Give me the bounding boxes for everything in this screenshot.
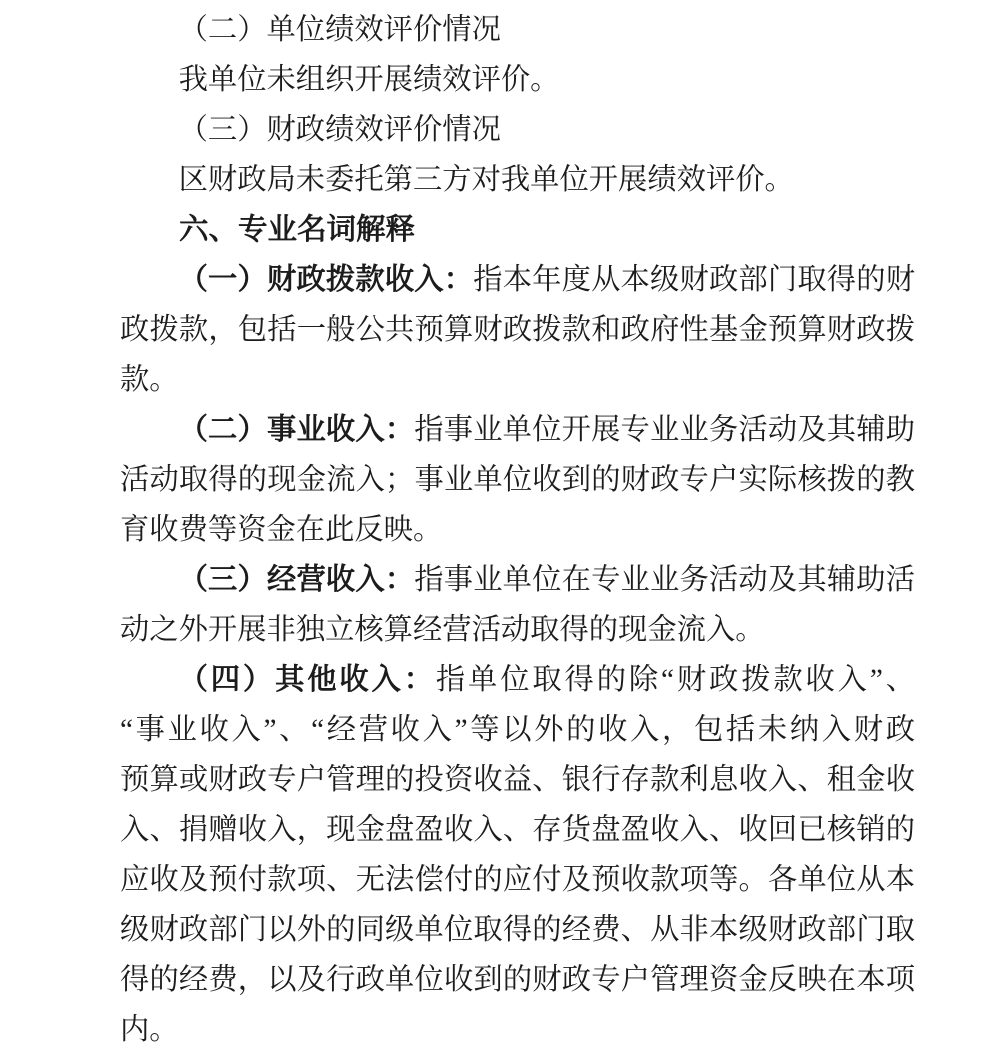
text-line: （三）财政绩效评价情况 (120, 105, 915, 155)
text-line: 级财政部门以外的同级单位取得的经费、从非本级财政部门取 (120, 905, 915, 955)
text-line: （二）事业收入：指事业单位开展专业业务活动及其辅助 (120, 405, 915, 455)
para-unit-no-eval: 我单位未组织开展绩效评价。 (120, 55, 915, 105)
section-title: 六、专业名词解释 (120, 205, 915, 255)
para-finance-no-eval: 区财政局未委托第三方对我单位开展绩效评价。 (120, 155, 915, 205)
text-line: （四）其他收入：指单位取得的除“财政拨款收入”、 (120, 655, 915, 705)
document-page: （二）单位绩效评价情况 我单位未组织开展绩效评价。 （三）财政绩效评价情况 区财… (0, 0, 1000, 1056)
text-line: （三）经营收入：指事业单位在专业业务活动及其辅助活 (120, 555, 915, 605)
text-line: 活动取得的现金流入；事业单位收到的财政专户实际核拨的教 (120, 455, 915, 505)
term-definition-text: 指单位取得的除“财政拨款收入”、 (436, 664, 915, 696)
subheading-unit-performance-eval: （二）单位绩效评价情况 (120, 5, 915, 55)
term-definition-text: 指本年度从本级财政部门取得的财 (473, 264, 915, 296)
text-line: 育收费等资金在此反映。 (120, 505, 915, 555)
text-line: 政拨款，包括一般公共预算财政拨款和政府性基金预算财政拨 (120, 305, 915, 355)
text-line: 预算或财政专户管理的投资收益、银行存款利息收入、租金收 (120, 755, 915, 805)
definition-operating-income: （三）经营收入：指事业单位在专业业务活动及其辅助活 动之外开展非独立核算经营活动… (120, 555, 915, 655)
text-line: 应收及预付款项、无法偿付的应付及预收款项等。各单位从本 (120, 855, 915, 905)
text-line: （二）单位绩效评价情况 (120, 5, 915, 55)
term-label: （一）财政拨款收入： (179, 264, 474, 296)
term-label: （三）经营收入： (179, 564, 415, 596)
text-line: 区财政局未委托第三方对我单位开展绩效评价。 (120, 155, 915, 205)
text-line: 内。 (120, 1005, 915, 1055)
term-definition-text: 指事业单位在专业业务活动及其辅助活 (414, 564, 915, 596)
text-line: 得的经费，以及行政单位收到的财政专户管理资金反映在本项 (120, 955, 915, 1005)
text-line: “事业收入”、“经营收入”等以外的收入，包括未纳入财政 (120, 705, 915, 755)
term-definition-text: 指事业单位开展专业业务活动及其辅助 (414, 414, 915, 446)
text-line: （一）财政拨款收入：指本年度从本级财政部门取得的财 (120, 255, 915, 305)
definition-institutional-income: （二）事业收入：指事业单位开展专业业务活动及其辅助 活动取得的现金流入；事业单位… (120, 405, 915, 555)
text-line: 款。 (120, 355, 915, 405)
subheading-finance-performance-eval: （三）财政绩效评价情况 (120, 105, 915, 155)
heading-terms-glossary: 六、专业名词解释 (120, 205, 915, 255)
term-label: （四）其他收入： (179, 664, 436, 696)
text-line: 入、捐赠收入，现金盘盈收入、存货盘盈收入、收回已核销的 (120, 805, 915, 855)
text-line: 我单位未组织开展绩效评价。 (120, 55, 915, 105)
definition-fiscal-appropriation-income: （一）财政拨款收入：指本年度从本级财政部门取得的财 政拨款，包括一般公共预算财政… (120, 255, 915, 405)
text-line: 动之外开展非独立核算经营活动取得的现金流入。 (120, 605, 915, 655)
definition-other-income: （四）其他收入：指单位取得的除“财政拨款收入”、 “事业收入”、“经营收入”等以… (120, 655, 915, 1055)
term-label: （二）事业收入： (179, 414, 415, 446)
